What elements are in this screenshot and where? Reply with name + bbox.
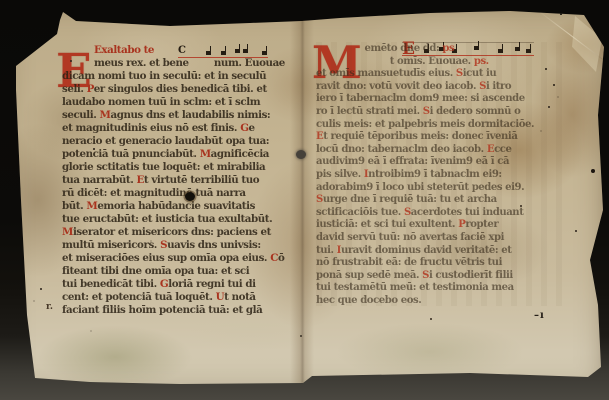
left-page: E C Exaltabo temeus rex. et benenum. Euo… xyxy=(62,44,302,317)
text-segment: fiteant tibi dne omīa opa tua: et sci xyxy=(62,265,249,277)
text-segment: ntroibim9 ī tabnaclm ei9: xyxy=(368,168,502,180)
text-line: t omīs. Euouae. ps. xyxy=(316,55,559,68)
right-page: M E emēto dne dd: pst omīs. Euouae. ps.e… xyxy=(316,42,566,306)
rubric-segment: M xyxy=(86,200,97,212)
text-line: fiteant tibi dne omīa opa tua: et sci xyxy=(62,265,295,278)
text-segment: iserator et misericors dns: paciens et xyxy=(73,226,271,238)
text-line: neracio et generacio laudabūt opa tua: xyxy=(62,135,295,148)
text-segment: adorabim9 ī loco ubi steterūt pedes ei9. xyxy=(316,181,524,193)
text-line: laudabo nomen tuū in sclm: et ī sclm xyxy=(62,96,295,109)
text-line: cent: et potenciā tuā loquēt. Ut notā xyxy=(62,291,295,304)
text-line: glorie sctitatis tue loquēt: et mirabili… xyxy=(62,161,295,174)
text-segment: david servū tuū: nō avertas faciē xpi xyxy=(316,231,504,243)
text-segment: er singulos dies benedicā tibi. et xyxy=(94,83,267,95)
text-line: Et requiē tēporibus meis: donec īveniā xyxy=(316,130,559,143)
text-segment: ō xyxy=(278,252,284,264)
text-segment: locū dno: tabernaclm deo iacob. xyxy=(316,143,487,155)
text-segment: t virtutē terribiliū tuo xyxy=(144,174,259,186)
text-segment: cent: et potenciā tuā loquēt. xyxy=(62,291,216,303)
text-segment: loriā regni tui di xyxy=(168,278,255,290)
text-segment: dicam nomi tuo in seculū: et in seculū xyxy=(62,70,266,82)
parchment-bifolium: E C Exaltabo temeus rex. et benenum. Euo… xyxy=(0,0,609,400)
text-line: adorabim9 ī loco ubi steterūt pedes ei9. xyxy=(316,181,559,194)
text-segment: tua narrabūt. xyxy=(62,174,137,186)
text-line: ro ī lectū strati mei. Si dedero somnū o xyxy=(316,105,559,118)
text-line: meus rex. et benenum. Euouae xyxy=(62,57,295,70)
rubric-segment: P xyxy=(87,83,94,95)
text-segment: pis silve. xyxy=(316,168,364,180)
text-segment: uavis dns univsis: xyxy=(167,239,261,251)
rubric-segment: M xyxy=(62,226,73,238)
text-segment: i dedero somnū o xyxy=(430,105,521,117)
parchment-hole xyxy=(185,192,195,201)
text-segment: emēto dne dd: xyxy=(365,42,443,54)
text-segment: acerdotes tui induant xyxy=(411,206,524,218)
quire-ink-mark: –ı xyxy=(534,310,545,321)
text-line: multū misericors. Suavis dns univsis: xyxy=(62,239,295,252)
margin-annotation: r. xyxy=(46,302,53,312)
text-line: rū dicēt: et magnitudinē tuā narra xyxy=(62,187,295,200)
text-line: faciant filiis hoīm potenciā tuā: et glā xyxy=(62,304,295,317)
rubric-segment: G xyxy=(160,278,168,290)
text-segment: seli. xyxy=(62,83,87,95)
text-line: locū dno: tabernaclm deo iacob. Ecce xyxy=(316,143,559,156)
text-line: potenciā tuā pnunciabūt. Magnificēcia xyxy=(62,148,295,161)
text-segment: rū dicēt: et magnitudinē tuā narra xyxy=(62,187,246,199)
text-segment: ropter xyxy=(465,218,498,230)
text-segment: hec que docebo eos. xyxy=(316,294,421,306)
text-segment: i custodierīt filii xyxy=(429,269,513,281)
text-segment: tui. xyxy=(316,244,337,256)
rubric-segment: U xyxy=(216,291,225,303)
text-segment: nō frustrabit eā: de fructu vētris tui xyxy=(316,256,502,268)
text-line: et miseraciōes eius sup omīa opa eius. C… xyxy=(62,252,295,265)
text-segment: e xyxy=(249,122,255,134)
text-segment: ro ī lectū strati mei. xyxy=(316,105,423,117)
text-line: pis silve. Introibim9 ī tabnaclm ei9: xyxy=(316,168,559,181)
text-line: tua narrabūt. Et virtutē terribiliū tuo xyxy=(62,174,295,187)
right-text-block: emēto dne dd: pst omīs. Euouae. ps.et om… xyxy=(316,42,566,306)
text-line: tui. Iuravit dominus david veritatē: et xyxy=(316,244,559,257)
text-line: hec que docebo eos. xyxy=(316,294,559,307)
text-segment: ponā sup sedē meā. xyxy=(316,269,422,281)
text-segment: t omīs. Euouae. xyxy=(390,55,474,67)
text-line: audivim9 eā ī effrata: īvenim9 eā ī cā xyxy=(316,155,559,168)
text-line: et magnitudinis eius nō est finis. Ge xyxy=(62,122,295,135)
text-segment: seculi. xyxy=(62,109,100,121)
text-line: tue eructabūt: et iusticia tua exultabūt… xyxy=(62,213,295,226)
text-line: dicam nomi tuo in seculū: et in seculū xyxy=(62,70,295,83)
rubric-segment: Exaltabo te xyxy=(94,44,154,56)
text-segment: būt. xyxy=(62,200,86,212)
text-segment: audivim9 eā ī effrata: īvenim9 eā ī cā xyxy=(316,155,509,167)
ink-speckles xyxy=(0,0,2,2)
text-segment: ravit dno: votū vovit deo iacob. xyxy=(316,80,479,92)
text-segment: faciant filiis hoīm potenciā tuā: et glā xyxy=(62,304,262,316)
rubric-segment: E xyxy=(487,143,494,155)
text-line: Miserator et misericors dns: paciens et xyxy=(62,226,295,239)
text-segment: potenciā tuā pnunciabūt. xyxy=(62,148,200,160)
text-segment: tui benedicāt tibi. xyxy=(62,278,160,290)
left-text-block: Exaltabo temeus rex. et benenum. Euouaed… xyxy=(62,44,302,317)
text-segment: agnus dns et laudabilis nimis: xyxy=(110,109,270,121)
text-line: culis meis: et palpebris meis dormitaciō… xyxy=(316,118,559,131)
rubric-segment: C xyxy=(270,252,278,264)
text-segment: meus rex. et bene xyxy=(94,57,189,69)
text-segment: icut iu xyxy=(463,67,497,79)
text-segment: emoria habūdancie suavitatis xyxy=(97,200,255,212)
text-line: Surge dne ī requiē tuā: tu et archa xyxy=(316,193,559,206)
text-segment: cce xyxy=(494,143,511,155)
text-segment: neracio et generacio laudabūt opa tua: xyxy=(62,135,269,147)
text-segment: agnificēcia xyxy=(211,148,269,160)
corner-fold-flap xyxy=(572,16,602,72)
rubric-segment: M xyxy=(200,148,211,160)
text-line: Exaltabo te xyxy=(62,44,295,57)
text-line: iusticiā: et sci tui exultent. Propter xyxy=(316,218,559,231)
text-line: david servū tuū: nō avertas faciē xpi xyxy=(316,231,559,244)
text-segment: t requiē tēporibus meis: donec īveniā xyxy=(323,130,517,142)
text-segment: tui testamētū meū: et testimonia mea xyxy=(316,281,514,293)
text-segment: laudabo nomen tuū in sclm: et ī sclm xyxy=(62,96,260,108)
text-line: tui benedicāt tibi. Gloriā regni tui di xyxy=(62,278,295,291)
rubric-segment: S xyxy=(404,206,411,218)
text-segment: uravit dominus david veritatē: et xyxy=(341,244,512,256)
text-segment: urge dne ī requiē tuā: tu et archa xyxy=(323,193,497,205)
text-segment: iero ī tabernaclm dom9 mee: si ascende xyxy=(316,92,525,104)
text-segment: et miseraciōes eius sup omīa opa eius. xyxy=(62,252,270,264)
text-segment: i itro xyxy=(486,80,511,92)
text-line: emēto dne dd: ps xyxy=(316,42,559,55)
text-line: tui testamētū meū: et testimonia mea xyxy=(316,281,559,294)
text-line: seli. Per singulos dies benedicā tibi. e… xyxy=(62,83,295,96)
text-segment: glorie sctitatis tue loquēt: et mirabili… xyxy=(62,161,265,173)
text-segment: et magnitudinis eius nō est finis. xyxy=(62,122,240,134)
text-segment: et omīs mansuetudīs eius. xyxy=(316,67,456,79)
text-segment: sctificaciōis tue. xyxy=(316,206,404,218)
text-line: et omīs mansuetudīs eius. Sicut iu xyxy=(316,67,559,80)
rubric-segment: ps. xyxy=(474,55,489,67)
fold-stain-spot xyxy=(296,150,306,159)
text-line: nō frustrabit eā: de fructu vētris tui xyxy=(316,256,559,269)
rubric-segment: P xyxy=(458,218,465,230)
text-segment: num. Euouae xyxy=(214,57,285,69)
text-segment: tue eructabūt: et iusticia tua exultabūt… xyxy=(62,213,272,225)
text-line: ravit dno: votū vovit deo iacob. Si itro xyxy=(316,80,559,93)
text-segment: iusticiā: et sci tui exultent. xyxy=(316,218,458,230)
text-line: būt. Memoria habūdancie suavitatis xyxy=(62,200,295,213)
text-line: sctificaciōis tue. Sacerdotes tui induan… xyxy=(316,206,559,219)
text-line: ponā sup sedē meā. Si custodierīt filii xyxy=(316,269,559,282)
rubric-segment: ps xyxy=(442,42,454,54)
text-segment: culis meis: et palpebris meis dormitaciō… xyxy=(316,118,534,130)
rubric-segment: M xyxy=(100,109,111,121)
photo-background: E C Exaltabo temeus rex. et benenum. Euo… xyxy=(0,0,609,400)
text-segment: t notā xyxy=(224,291,255,303)
text-line: iero ī tabernaclm dom9 mee: si ascende xyxy=(316,92,559,105)
text-segment: multū misericors. xyxy=(62,239,160,251)
text-line: seculi. Magnus dns et laudabilis nimis: xyxy=(62,109,295,122)
